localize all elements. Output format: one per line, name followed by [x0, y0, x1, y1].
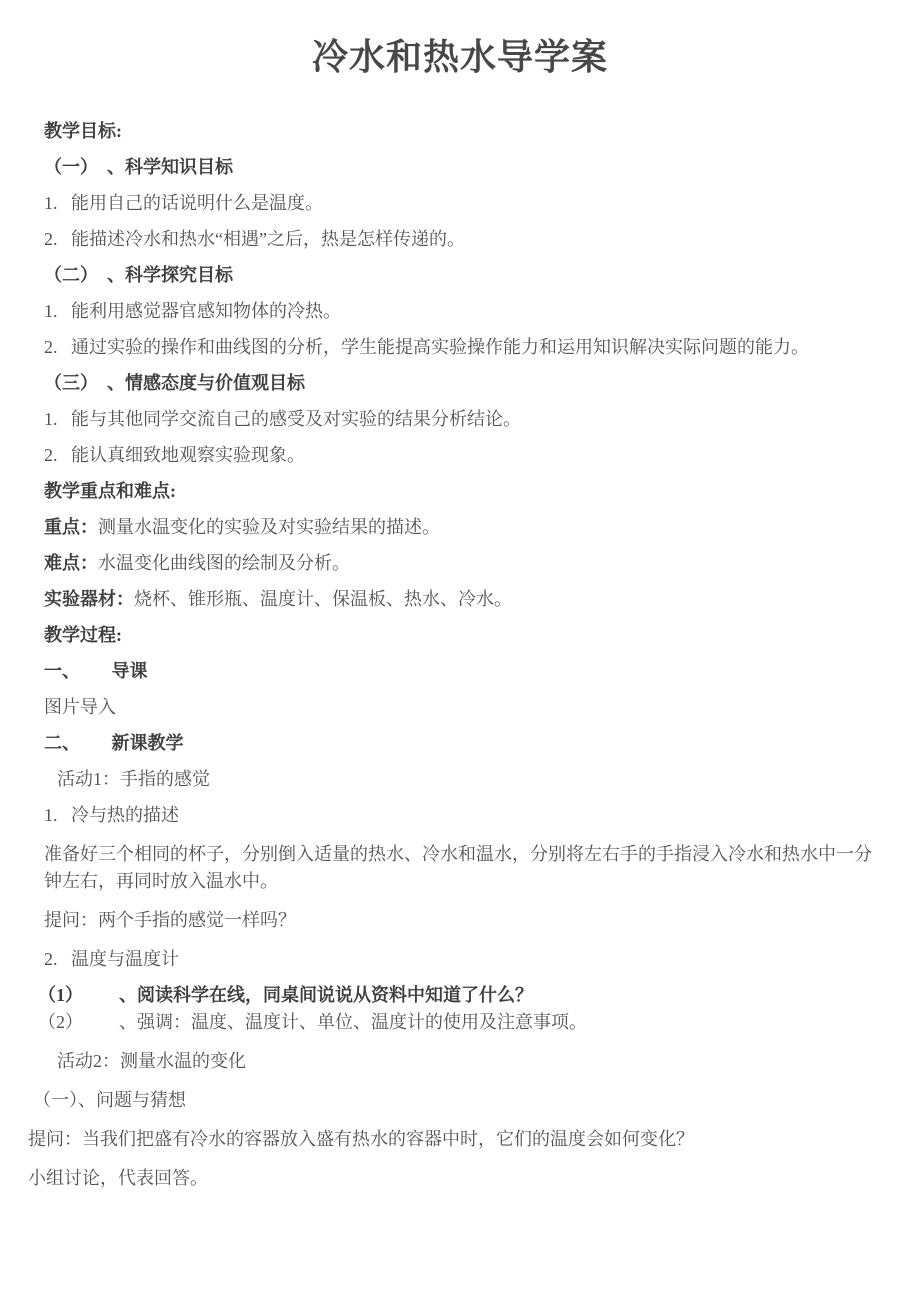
activity2-question: 提问：当我们把盛有冷水的容器放入盛有热水的容器中时，它们的温度会如何变化？: [28, 1126, 908, 1153]
activity1-title: 活动1：手指的感觉: [57, 766, 908, 793]
activity1-paragraph: 准备好三个相同的杯子，分别倒入适量的热水、冷水和温水，分别将左右手的手指浸入冷水…: [44, 841, 885, 895]
activity2-title: 活动2：测量水温的变化: [57, 1048, 908, 1075]
key-points-heading: 教学重点和难点:: [44, 478, 908, 505]
process-section1-heading: 一、 导课: [44, 658, 908, 685]
goals-affective-item-1: 1. 能与其他同学交流自己的感受及对实验的结果分析结论。: [44, 406, 908, 433]
goals-affective-item-2: 2. 能认真细致地观察实验现象。: [44, 442, 908, 469]
activity1-sub-item-1: （1） 、阅读科学在线，同桌间说说从资料中知道了什么？: [38, 982, 908, 1009]
materials-label: 实验器材：: [44, 589, 134, 609]
materials-line: 实验器材：烧杯、锥形瓶、温度计、保温板、热水、冷水。: [44, 586, 908, 613]
process-section1-body: 图片导入: [44, 694, 908, 721]
goals-knowledge-heading: （一） 、科学知识目标: [44, 154, 908, 181]
focus-label: 重点：: [44, 517, 98, 537]
materials-text: 烧杯、锥形瓶、温度计、保温板、热水、冷水。: [134, 589, 512, 609]
goals-knowledge-item-1: 1. 能用自己的话说明什么是温度。: [44, 190, 908, 217]
key-point-difficulty: 难点：水温变化曲线图的绘制及分析。: [44, 550, 908, 577]
activity1-point2: 2. 温度与温度计: [44, 946, 908, 973]
goals-heading: 教学目标:: [44, 118, 908, 145]
document-page: 冷水和热水导学案 教学目标: （一） 、科学知识目标 1. 能用自己的话说明什么…: [0, 0, 920, 1302]
goals-inquiry-heading: （二） 、科学探究目标: [44, 262, 908, 289]
activity1-question: 提问：两个手指的感觉一样吗？: [44, 907, 908, 934]
difficulty-text: 水温变化曲线图的绘制及分析。: [98, 553, 350, 573]
goals-knowledge-item-2: 2. 能描述冷水和热水“相遇”之后，热是怎样传递的。: [44, 226, 908, 253]
activity2-note: 小组讨论，代表回答。: [28, 1165, 908, 1192]
process-heading: 教学过程:: [44, 622, 908, 649]
key-point-focus: 重点：测量水温变化的实验及对实验结果的描述。: [44, 514, 908, 541]
goals-inquiry-item-1: 1. 能利用感觉器官感知物体的冷热。: [44, 298, 908, 325]
process-section2-heading: 二、 新课教学: [44, 730, 908, 757]
activity2-part1-heading: （一）、问题与猜想: [33, 1087, 908, 1114]
activity1-point1: 1. 冷与热的描述: [44, 802, 908, 829]
activity1-sub-item-2: （2） 、强调：温度、温度计、单位、温度计的使用及注意事项。: [38, 1009, 908, 1036]
document-title: 冷水和热水导学案: [0, 36, 920, 78]
focus-text: 测量水温变化的实验及对实验结果的描述。: [98, 517, 440, 537]
goals-inquiry-item-2: 2. 通过实验的操作和曲线图的分析，学生能提高实验操作能力和运用知识解决实际问题…: [44, 334, 908, 361]
goals-affective-heading: （三） 、情感态度与价值观目标: [44, 370, 908, 397]
difficulty-label: 难点：: [44, 553, 98, 573]
